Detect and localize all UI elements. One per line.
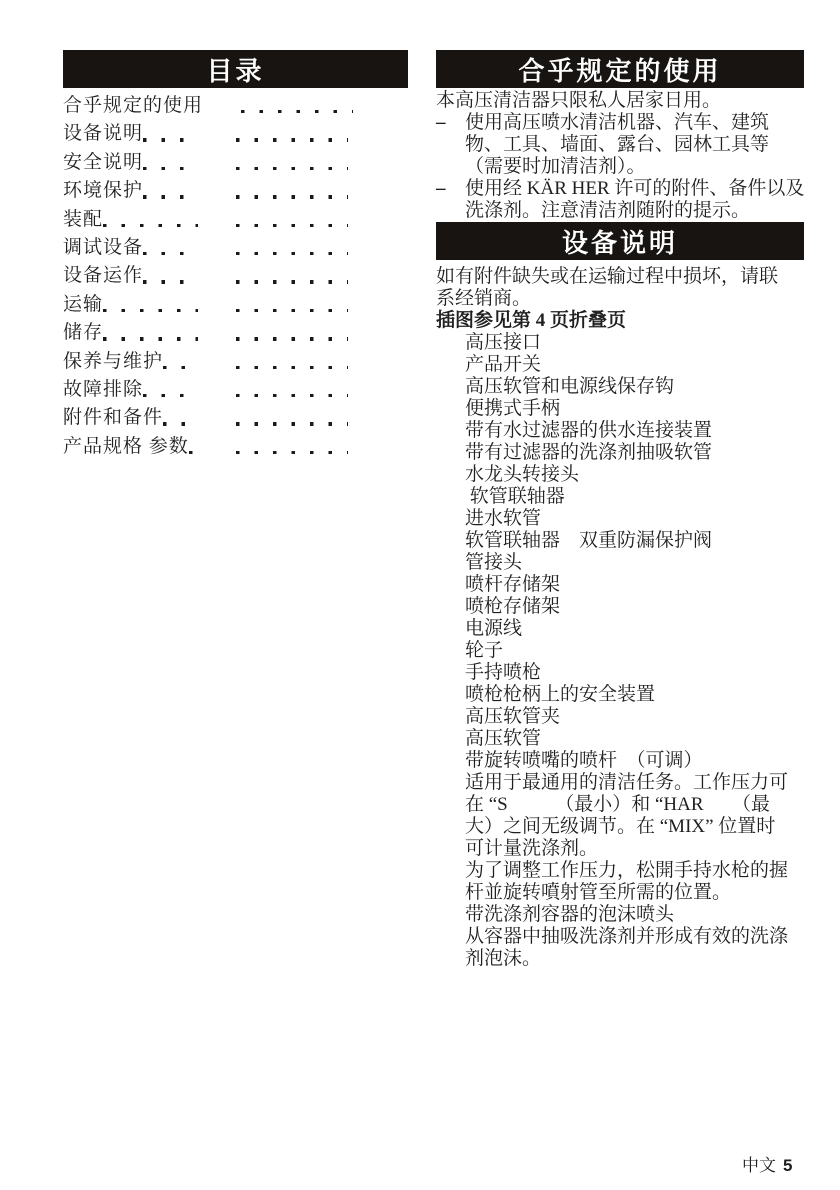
bullet-dash: – [436,178,465,200]
device-item-line: 高压软管 [436,728,804,750]
device-description-intro-line: 系经销商。 [436,288,804,310]
toc-entry: 附件和备件 [63,404,348,432]
dot-leader [241,110,353,113]
device-item-line: 手持喷枪 [436,662,804,684]
dot-leader [143,252,198,255]
device-item-line: 电源线 [436,618,804,640]
device-item-line: 便携式手柄 [436,398,804,420]
device-item-line: 产品开关 [436,354,804,376]
device-item-line: 软管联轴器 双重防漏保护阀 [436,530,804,552]
device-item-line: 进水软管 [436,508,804,530]
toc-entry: 保养与维护 [63,348,348,376]
proper-use-body: 本高压清洁器只限私人居家日用。 – 使用高压喷水清洁机器、汽车、建筑 物、工具、… [436,90,804,222]
toc-entry-label: 设备运作 [63,262,143,290]
dot-leader-gap [198,234,236,262]
toc-entry: 装配 [63,206,348,234]
dot-leader [236,167,348,170]
dot-leader [236,451,348,454]
toc-entry: 储存 [63,319,348,347]
dot-leader [143,167,198,170]
bullet-text-line: 使用高压喷水清洁机器、汽车、建筑 [465,112,804,134]
device-description-header: 设备说明 [436,222,804,260]
device-item-line: 水龙头转接头 [436,464,804,486]
dot-leader [236,337,348,340]
device-item-line: 喷枪枪柄上的安全装置 [436,684,804,706]
dot-leader [236,422,348,425]
device-item-line: 在 “S （最小）和 “HAR （最 [436,794,804,816]
device-item-line: 喷枪存储架 [436,596,804,618]
device-item-line: 高压软管和电源线保存钩 [436,376,804,398]
device-item-line: 带洗涤剂容器的泡沫喷头 [436,904,804,926]
bullet-item: – 使用高压喷水清洁机器、汽车、建筑 物、工具、墙面、露台、园林工具等 （需要时… [436,112,804,178]
device-item-line: 带有水过滤器的供水连接装置 [436,420,804,442]
toc-entry-label: 产品规格 参数 [63,433,189,461]
dot-leader [103,309,198,312]
dot-leader [189,451,198,454]
toc-entry-label: 故障排除 [63,376,143,404]
device-item-line: 杆並旋转噴射管至所需的位置。 [436,882,804,904]
dot-leader-gap [198,319,236,347]
bullet-dash: – [436,112,465,134]
toc-entry-label: 环境保护 [63,177,143,205]
toc-entry-label: 合乎规定的使用 [63,92,203,120]
footer-page-number: 5 [783,1156,792,1175]
device-item-line: 轮子 [436,640,804,662]
toc-entry-label: 装配 [63,206,103,234]
figure-reference-note: 插图参见第 4 页折叠页 [436,310,804,332]
toc-entry: 设备说明 [63,120,348,148]
proper-use-header-title: 合乎规定的使用 [518,51,721,88]
toc-entry: 产品规格 参数 [63,433,348,461]
toc-entry-label: 保养与维护 [63,348,163,376]
device-item-line: 带有过滤器的洗涤剂抽吸软管 [436,442,804,464]
toc-section: 目录 合乎规定的使用 设备说明 安全说明 [63,50,408,461]
dot-leader [236,195,348,198]
dot-leader [236,138,348,141]
toc-entry-label: 调试设备 [63,234,143,262]
toc-entry-label: 安全说明 [63,149,143,177]
dot-leader [143,195,198,198]
dot-leader [236,309,348,312]
dot-leader-gap [198,433,236,461]
toc-entry: 合乎规定的使用 [63,92,348,120]
device-item-line: 大）之间无级调节。在 “MIX” 位置时 [436,816,804,838]
proper-use-header: 合乎规定的使用 [436,50,804,88]
bullet-text: 使用经 KÄR HER 许可的附件、备件以及 洗涤剂。注意清洁剂随附的提示。 [465,178,804,222]
dot-leader-gap [203,92,241,120]
device-item-line: 可计量洗涤剂。 [436,838,804,860]
bullet-text-line: 物、工具、墙面、露台、园林工具等 [465,134,804,156]
manual-page: 目录 合乎规定的使用 设备说明 安全说明 [0,0,840,1190]
dot-leader-gap [198,376,236,404]
toc-entry: 设备运作 [63,262,348,290]
dot-leader-gap [198,291,236,319]
device-item-line: 为了调整工作压力，松開手持水枪的握 [436,860,804,882]
dot-leader-gap [198,404,236,432]
dot-leader [163,422,198,425]
bullet-text-line: 使用经 KÄR HER 许可的附件、备件以及 [465,178,804,200]
dot-leader [143,394,198,397]
device-description-intro-line: 如有附件缺失或在运输过程中损坏，请联 [436,266,804,288]
toc-entry-label: 运输 [63,291,103,319]
device-description-intro: 如有附件缺失或在运输过程中损坏，请联 系经销商。 [436,266,804,310]
toc-header-title: 目录 [206,51,264,88]
toc-entry-label: 附件和备件 [63,404,163,432]
toc-entry-label: 设备说明 [63,120,143,148]
toc-header: 目录 [63,50,408,88]
dot-leader [236,252,348,255]
dot-leader-gap [198,177,236,205]
dot-leader-gap [198,206,236,234]
bullet-item: – 使用经 KÄR HER 许可的附件、备件以及 洗涤剂。注意清洁剂随附的提示。 [436,178,804,222]
bullet-text-line: （需要时加清洁剂）。 [465,156,804,178]
device-item-line: 带旋转喷嘴的喷杆 （可调） [436,750,804,772]
device-description-header-title: 设备说明 [562,223,678,260]
dot-leader [143,138,198,141]
dot-leader-gap [198,120,236,148]
device-description-body: 如有附件缺失或在运输过程中损坏，请联 系经销商。 插图参见第 4 页折叠页 高压… [436,266,804,970]
toc-entry: 故障排除 [63,376,348,404]
toc-entry: 运输 [63,291,348,319]
device-item-line: 高压接口 [436,332,804,354]
device-item-line: 剂泡沫。 [436,948,804,970]
device-item-line: 高压软管夹 [436,706,804,728]
device-item-line: 软管联轴器 [436,486,804,508]
footer-language-label: 中文 [742,1156,776,1175]
toc-entry: 安全说明 [63,149,348,177]
device-item-line: 管接头 [436,552,804,574]
bullet-text: 使用高压喷水清洁机器、汽车、建筑 物、工具、墙面、露台、园林工具等 （需要时加清… [465,112,804,178]
device-item-line: 喷杆存储架 [436,574,804,596]
toc-list: 合乎规定的使用 设备说明 安全说明 [63,92,348,461]
dot-leader [236,224,348,227]
device-item-line: 适用于最通用的清洁任务。工作压力可 [436,772,804,794]
toc-entry: 环境保护 [63,177,348,205]
dot-leader-gap [198,348,236,376]
device-item-list: 高压接口 产品开关 高压软管和电源线保存钩 便携式手柄 带有水过滤器的供水连接装… [436,332,804,970]
proper-use-intro: 本高压清洁器只限私人居家日用。 [436,90,804,112]
dot-leader-gap [198,149,236,177]
content-column: 合乎规定的使用 本高压清洁器只限私人居家日用。 – 使用高压喷水清洁机器、汽车、… [436,50,804,970]
page-footer: 中文5 [725,1136,792,1190]
dot-leader-gap [198,262,236,290]
dot-leader [103,337,198,340]
dot-leader [163,366,198,369]
toc-entry: 调试设备 [63,234,348,262]
device-item-line: 从容器中抽吸洗涤剂并形成有效的洗涤 [436,926,804,948]
dot-leader [236,366,348,369]
bullet-text-line: 洗涤剂。注意清洁剂随附的提示。 [465,200,804,222]
dot-leader [103,224,198,227]
toc-entry-label: 储存 [63,319,103,347]
dot-leader [143,280,198,283]
dot-leader [236,280,348,283]
dot-leader [236,394,348,397]
